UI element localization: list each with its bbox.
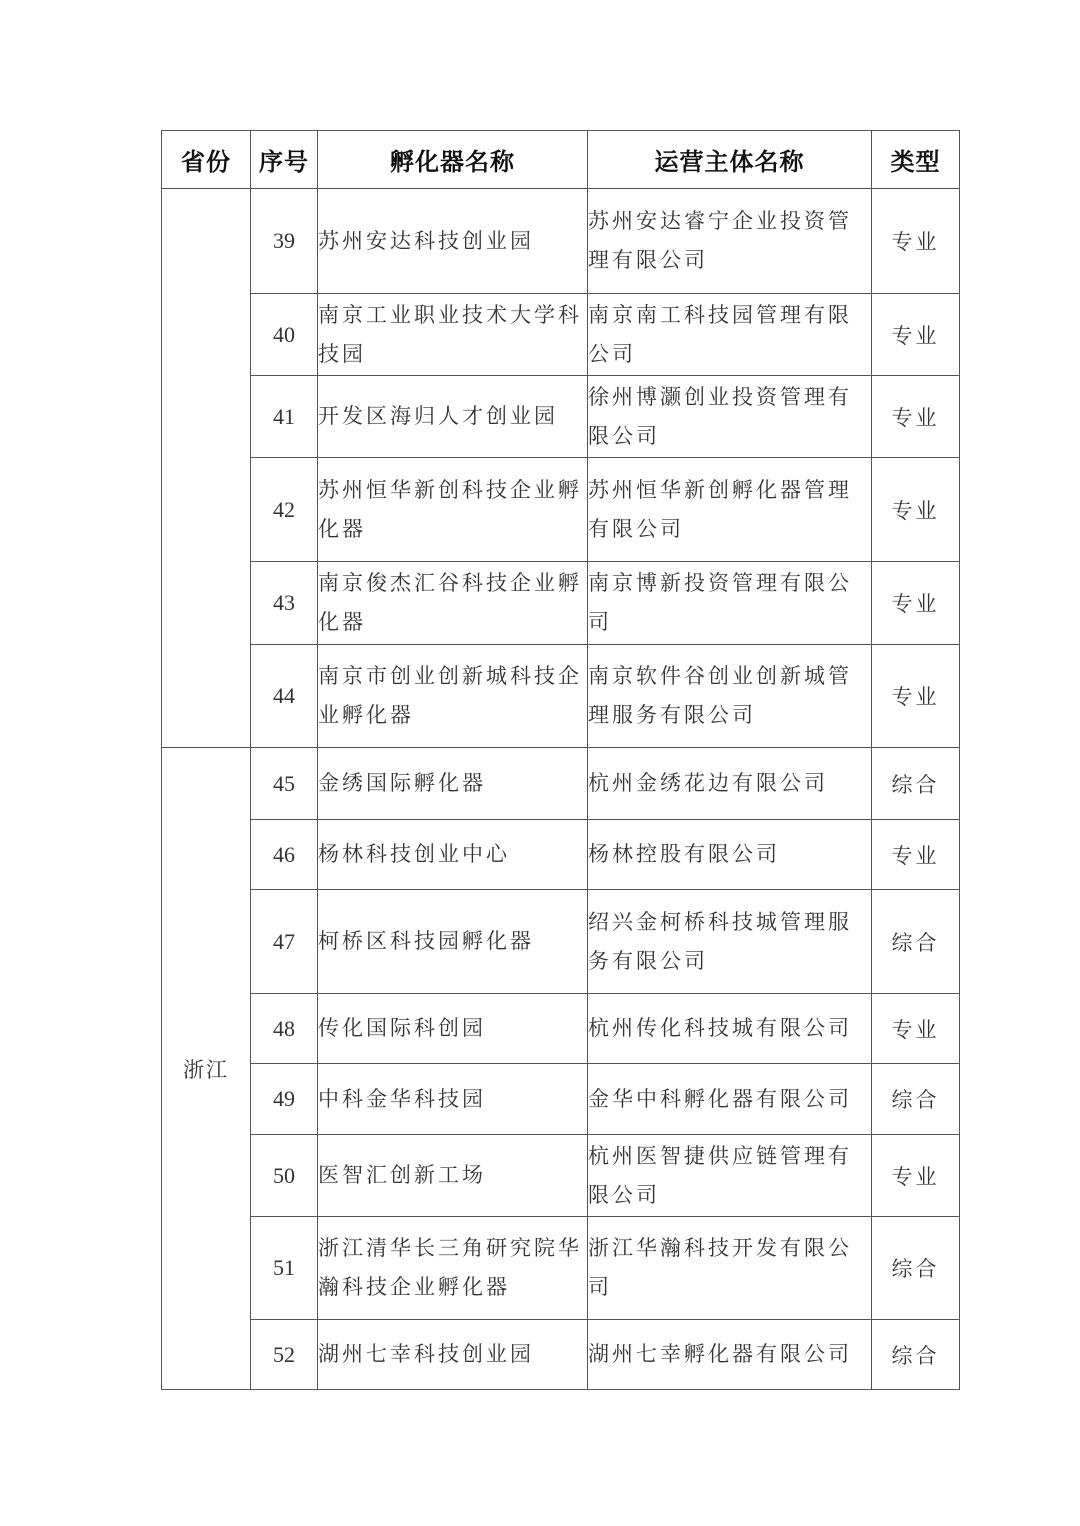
table-header-row: 省份 序号 孵化器名称 运营主体名称 类型	[162, 131, 960, 189]
operator-name-cell: 浙江华瀚科技开发有限公司	[588, 1217, 872, 1320]
type-cell: 综合	[872, 1064, 960, 1135]
incubator-name-cell: 苏州安达科技创业园	[318, 189, 588, 294]
operator-name-cell: 湖州七幸孵化器有限公司	[588, 1320, 872, 1390]
incubator-name-cell: 南京市创业创新城科技企业孵化器	[318, 645, 588, 748]
incubator-name-cell: 湖州七幸科技创业园	[318, 1320, 588, 1390]
table-row: 47 柯桥区科技园孵化器 绍兴金柯桥科技城管理服务有限公司 综合	[162, 890, 960, 994]
incubator-name-cell: 杨林科技创业中心	[318, 820, 588, 890]
type-cell: 专业	[872, 1135, 960, 1217]
province-cell	[162, 189, 251, 748]
table-row: 浙江 45 金绣国际孵化器 杭州金绣花边有限公司 综合	[162, 748, 960, 820]
seq-cell: 45	[251, 748, 318, 820]
operator-name-cell: 徐州博灏创业投资管理有限公司	[588, 376, 872, 458]
seq-cell: 50	[251, 1135, 318, 1217]
seq-cell: 48	[251, 994, 318, 1064]
table-row: 50 医智汇创新工场 杭州医智捷供应链管理有限公司 专业	[162, 1135, 960, 1217]
incubator-name-cell: 医智汇创新工场	[318, 1135, 588, 1217]
seq-cell: 41	[251, 376, 318, 458]
seq-cell: 51	[251, 1217, 318, 1320]
type-cell: 专业	[872, 376, 960, 458]
operator-name-cell: 南京软件谷创业创新城管理服务有限公司	[588, 645, 872, 748]
table-row: 44 南京市创业创新城科技企业孵化器 南京软件谷创业创新城管理服务有限公司 专业	[162, 645, 960, 748]
operator-name-cell: 金华中科孵化器有限公司	[588, 1064, 872, 1135]
seq-cell: 40	[251, 294, 318, 376]
operator-name-cell: 苏州恒华新创孵化器管理有限公司	[588, 458, 872, 562]
operator-name-cell: 杭州医智捷供应链管理有限公司	[588, 1135, 872, 1217]
incubator-name-cell: 南京工业职业技术大学科技园	[318, 294, 588, 376]
seq-cell: 49	[251, 1064, 318, 1135]
seq-cell: 47	[251, 890, 318, 994]
table-row: 46 杨林科技创业中心 杨林控股有限公司 专业	[162, 820, 960, 890]
table-row: 43 南京俊杰汇谷科技企业孵化器 南京博新投资管理有限公司 专业	[162, 562, 960, 645]
operator-name-cell: 苏州安达睿宁企业投资管理有限公司	[588, 189, 872, 294]
incubator-name-cell: 南京俊杰汇谷科技企业孵化器	[318, 562, 588, 645]
operator-name-cell: 南京南工科技园管理有限公司	[588, 294, 872, 376]
type-cell: 专业	[872, 294, 960, 376]
table-row: 48 传化国际科创园 杭州传化科技城有限公司 专业	[162, 994, 960, 1064]
header-type: 类型	[872, 131, 960, 189]
seq-cell: 39	[251, 189, 318, 294]
document-page: 省份 序号 孵化器名称 运营主体名称 类型 39 苏州安达科技创业园 苏州安达睿…	[0, 0, 1080, 1526]
type-cell: 综合	[872, 1320, 960, 1390]
incubator-name-cell: 金绣国际孵化器	[318, 748, 588, 820]
header-operator-name: 运营主体名称	[588, 131, 872, 189]
header-province: 省份	[162, 131, 251, 189]
table-row: 52 湖州七幸科技创业园 湖州七幸孵化器有限公司 综合	[162, 1320, 960, 1390]
table-row: 51 浙江清华长三角研究院华瀚科技企业孵化器 浙江华瀚科技开发有限公司 综合	[162, 1217, 960, 1320]
incubator-name-cell: 苏州恒华新创科技企业孵化器	[318, 458, 588, 562]
incubator-name-cell: 传化国际科创园	[318, 994, 588, 1064]
incubator-name-cell: 浙江清华长三角研究院华瀚科技企业孵化器	[318, 1217, 588, 1320]
type-cell: 专业	[872, 458, 960, 562]
seq-cell: 43	[251, 562, 318, 645]
type-cell: 专业	[872, 645, 960, 748]
province-cell: 浙江	[162, 748, 251, 1390]
table-row: 49 中科金华科技园 金华中科孵化器有限公司 综合	[162, 1064, 960, 1135]
type-cell: 专业	[872, 189, 960, 294]
table-row: 39 苏州安达科技创业园 苏州安达睿宁企业投资管理有限公司 专业	[162, 189, 960, 294]
seq-cell: 44	[251, 645, 318, 748]
operator-name-cell: 杨林控股有限公司	[588, 820, 872, 890]
incubator-name-cell: 中科金华科技园	[318, 1064, 588, 1135]
header-incubator-name: 孵化器名称	[318, 131, 588, 189]
table-row: 40 南京工业职业技术大学科技园 南京南工科技园管理有限公司 专业	[162, 294, 960, 376]
incubator-table: 省份 序号 孵化器名称 运营主体名称 类型 39 苏州安达科技创业园 苏州安达睿…	[161, 130, 960, 1390]
operator-name-cell: 南京博新投资管理有限公司	[588, 562, 872, 645]
incubator-name-cell: 柯桥区科技园孵化器	[318, 890, 588, 994]
type-cell: 专业	[872, 820, 960, 890]
header-seq: 序号	[251, 131, 318, 189]
type-cell: 综合	[872, 890, 960, 994]
operator-name-cell: 杭州传化科技城有限公司	[588, 994, 872, 1064]
table-row: 42 苏州恒华新创科技企业孵化器 苏州恒华新创孵化器管理有限公司 专业	[162, 458, 960, 562]
type-cell: 专业	[872, 994, 960, 1064]
type-cell: 综合	[872, 748, 960, 820]
seq-cell: 46	[251, 820, 318, 890]
seq-cell: 52	[251, 1320, 318, 1390]
incubator-name-cell: 开发区海归人才创业园	[318, 376, 588, 458]
operator-name-cell: 杭州金绣花边有限公司	[588, 748, 872, 820]
operator-name-cell: 绍兴金柯桥科技城管理服务有限公司	[588, 890, 872, 994]
seq-cell: 42	[251, 458, 318, 562]
type-cell: 专业	[872, 562, 960, 645]
type-cell: 综合	[872, 1217, 960, 1320]
table-row: 41 开发区海归人才创业园 徐州博灏创业投资管理有限公司 专业	[162, 376, 960, 458]
